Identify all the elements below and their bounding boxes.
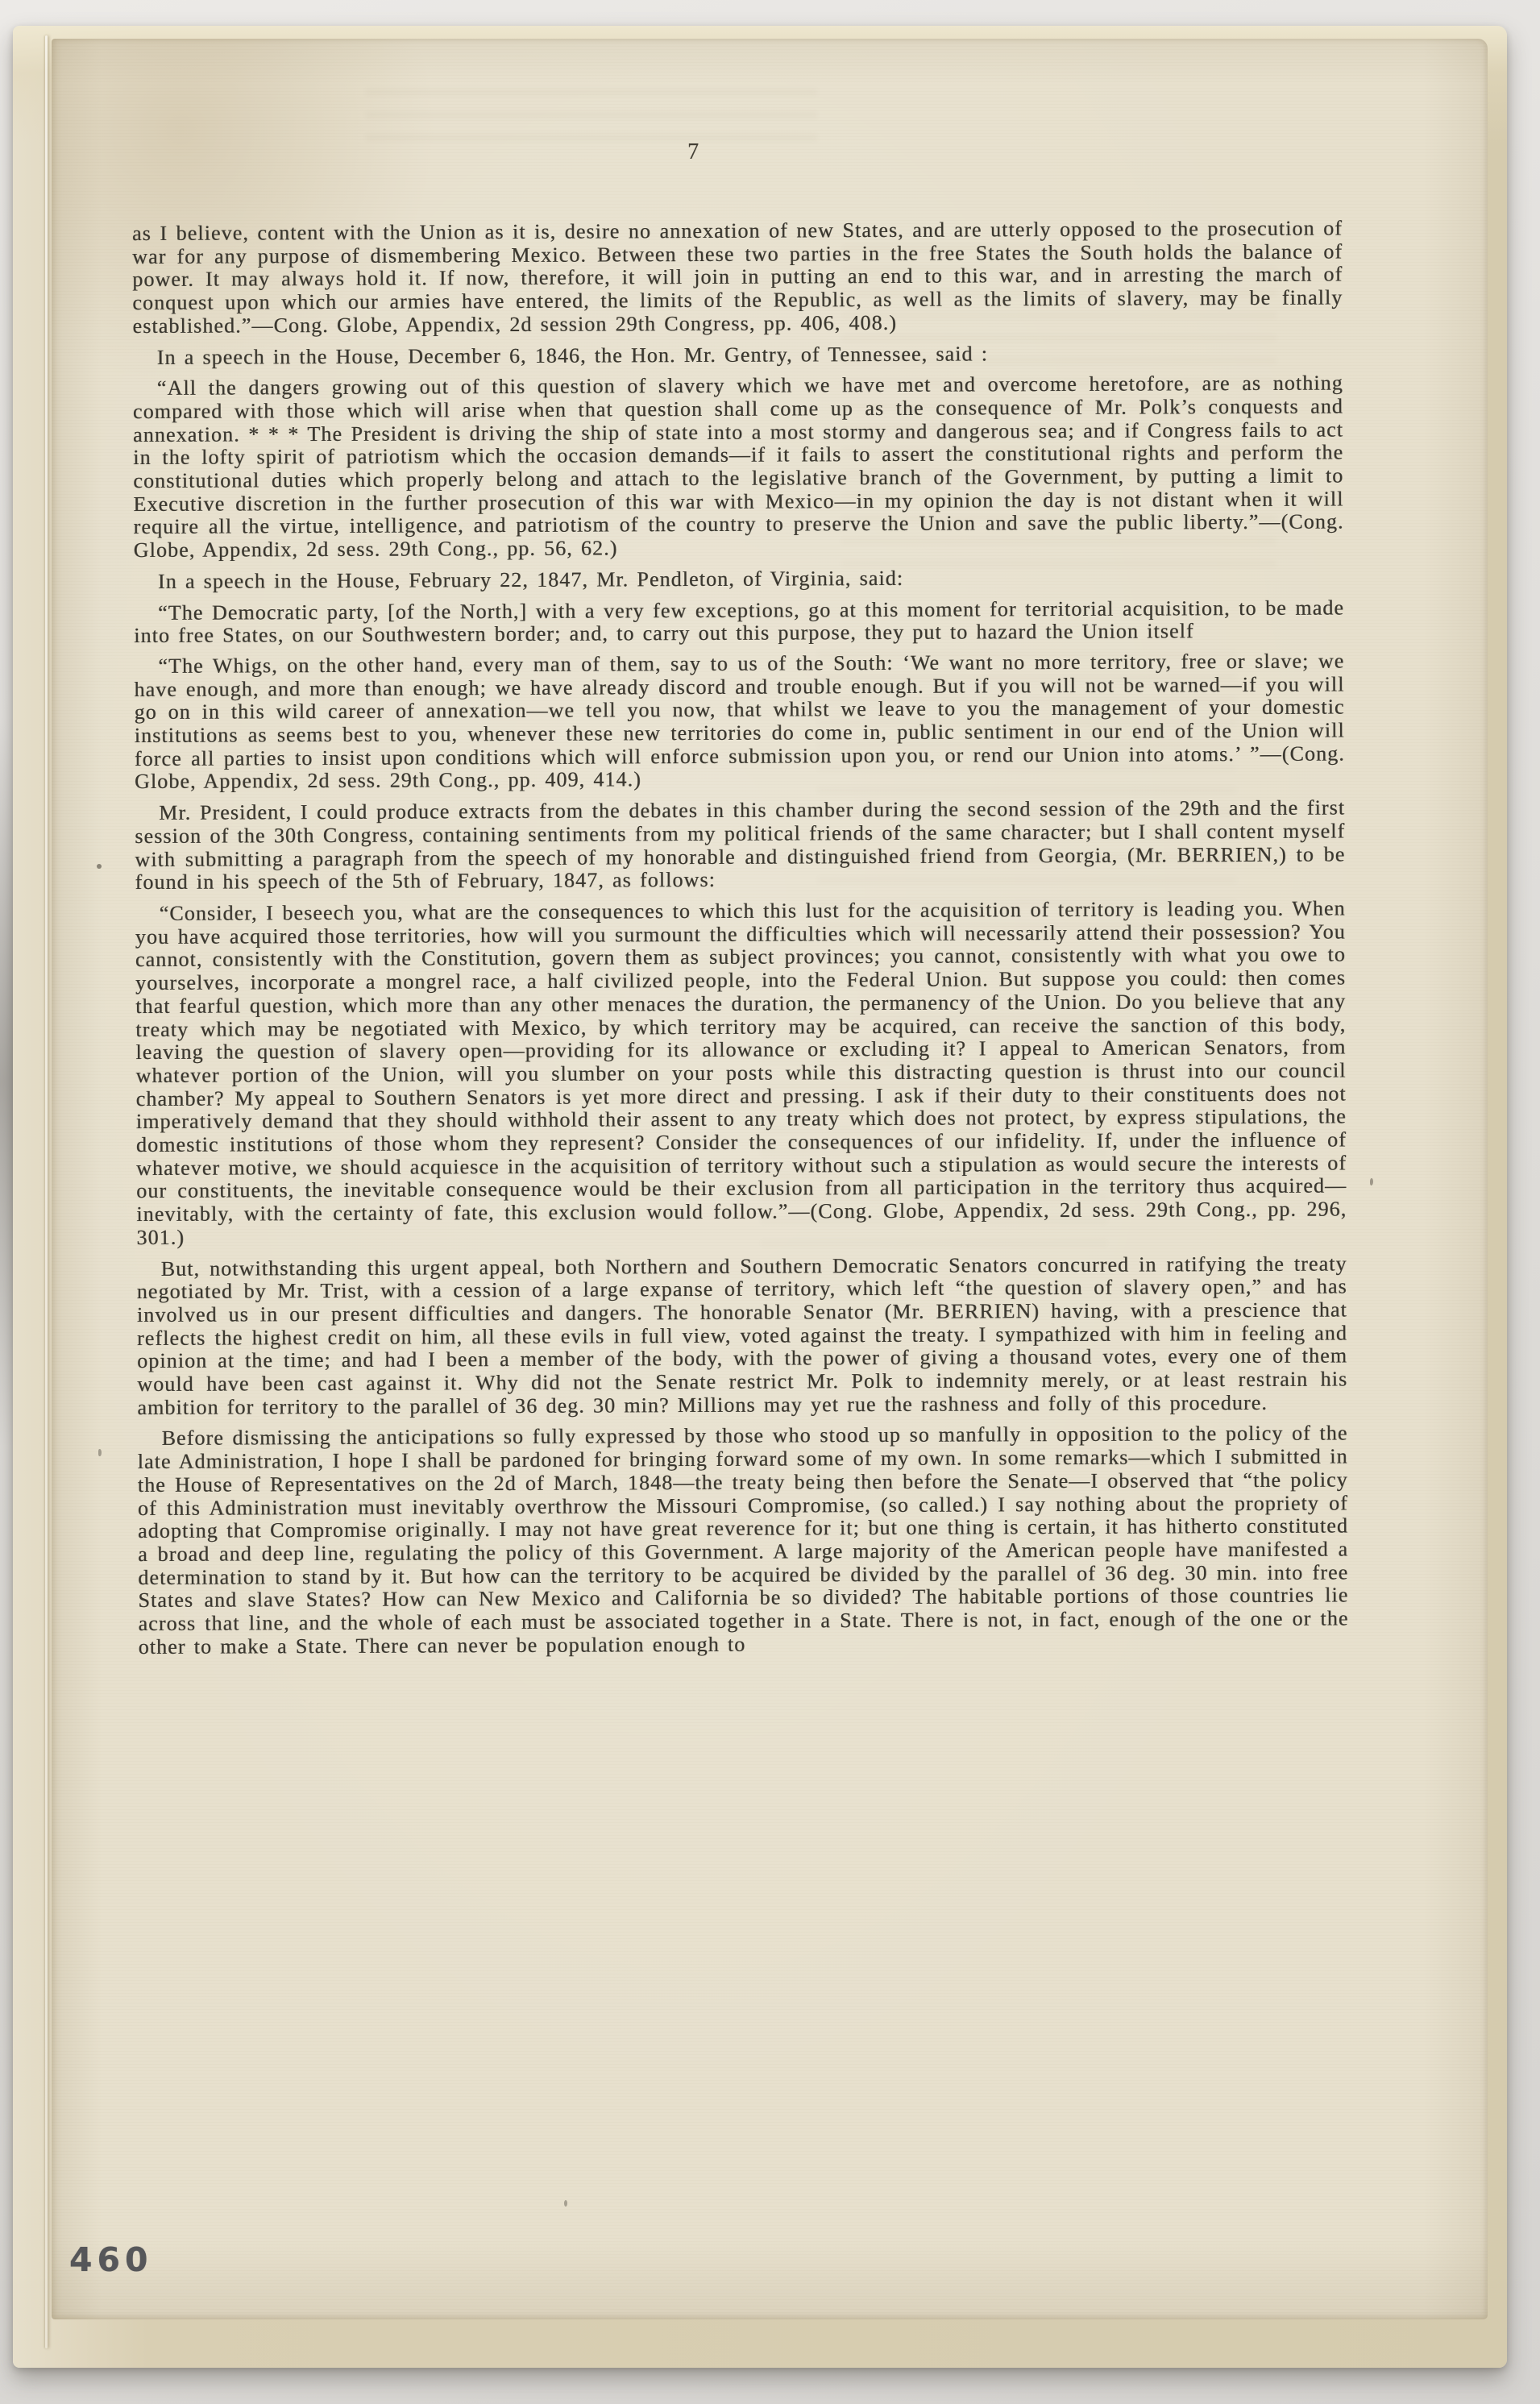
ink-speck: [98, 1449, 102, 1456]
page-number: 7: [661, 140, 725, 164]
scan-background: { "colors": { "paper": "#e7e0cd", "page_…: [0, 0, 1540, 2404]
paragraph: “All the dangers growing out of this que…: [133, 372, 1344, 563]
spine-crease: [45, 35, 48, 2348]
scanned-page: 7 as I believe, content with the Union a…: [52, 39, 1488, 2319]
paragraph: “The Whigs, on the other hand, every man…: [134, 650, 1345, 794]
paragraph: “Consider, I beseech you, what are the c…: [135, 897, 1347, 1249]
paragraph: In a speech in the House, December 6, 18…: [133, 341, 1343, 369]
paragraph: as I believe, content with the Union as …: [132, 217, 1343, 338]
ink-speck: [97, 864, 102, 869]
stamp-number: 460: [69, 2244, 153, 2277]
ink-speck: [564, 2200, 567, 2207]
document-text: as I believe, content with the Union as …: [132, 217, 1349, 1659]
paragraph: In a speech in the House, February 22, 1…: [134, 565, 1344, 593]
paragraph: “The Democratic party, [of the North,] w…: [134, 596, 1344, 648]
paragraph: Mr. President, I could produce extracts …: [135, 797, 1345, 895]
show-through-smudge: [366, 89, 817, 142]
paragraph: Before dismissing the anticipations so f…: [138, 1422, 1349, 1659]
paragraph: But, notwithstanding this urgent appeal,…: [137, 1252, 1348, 1419]
